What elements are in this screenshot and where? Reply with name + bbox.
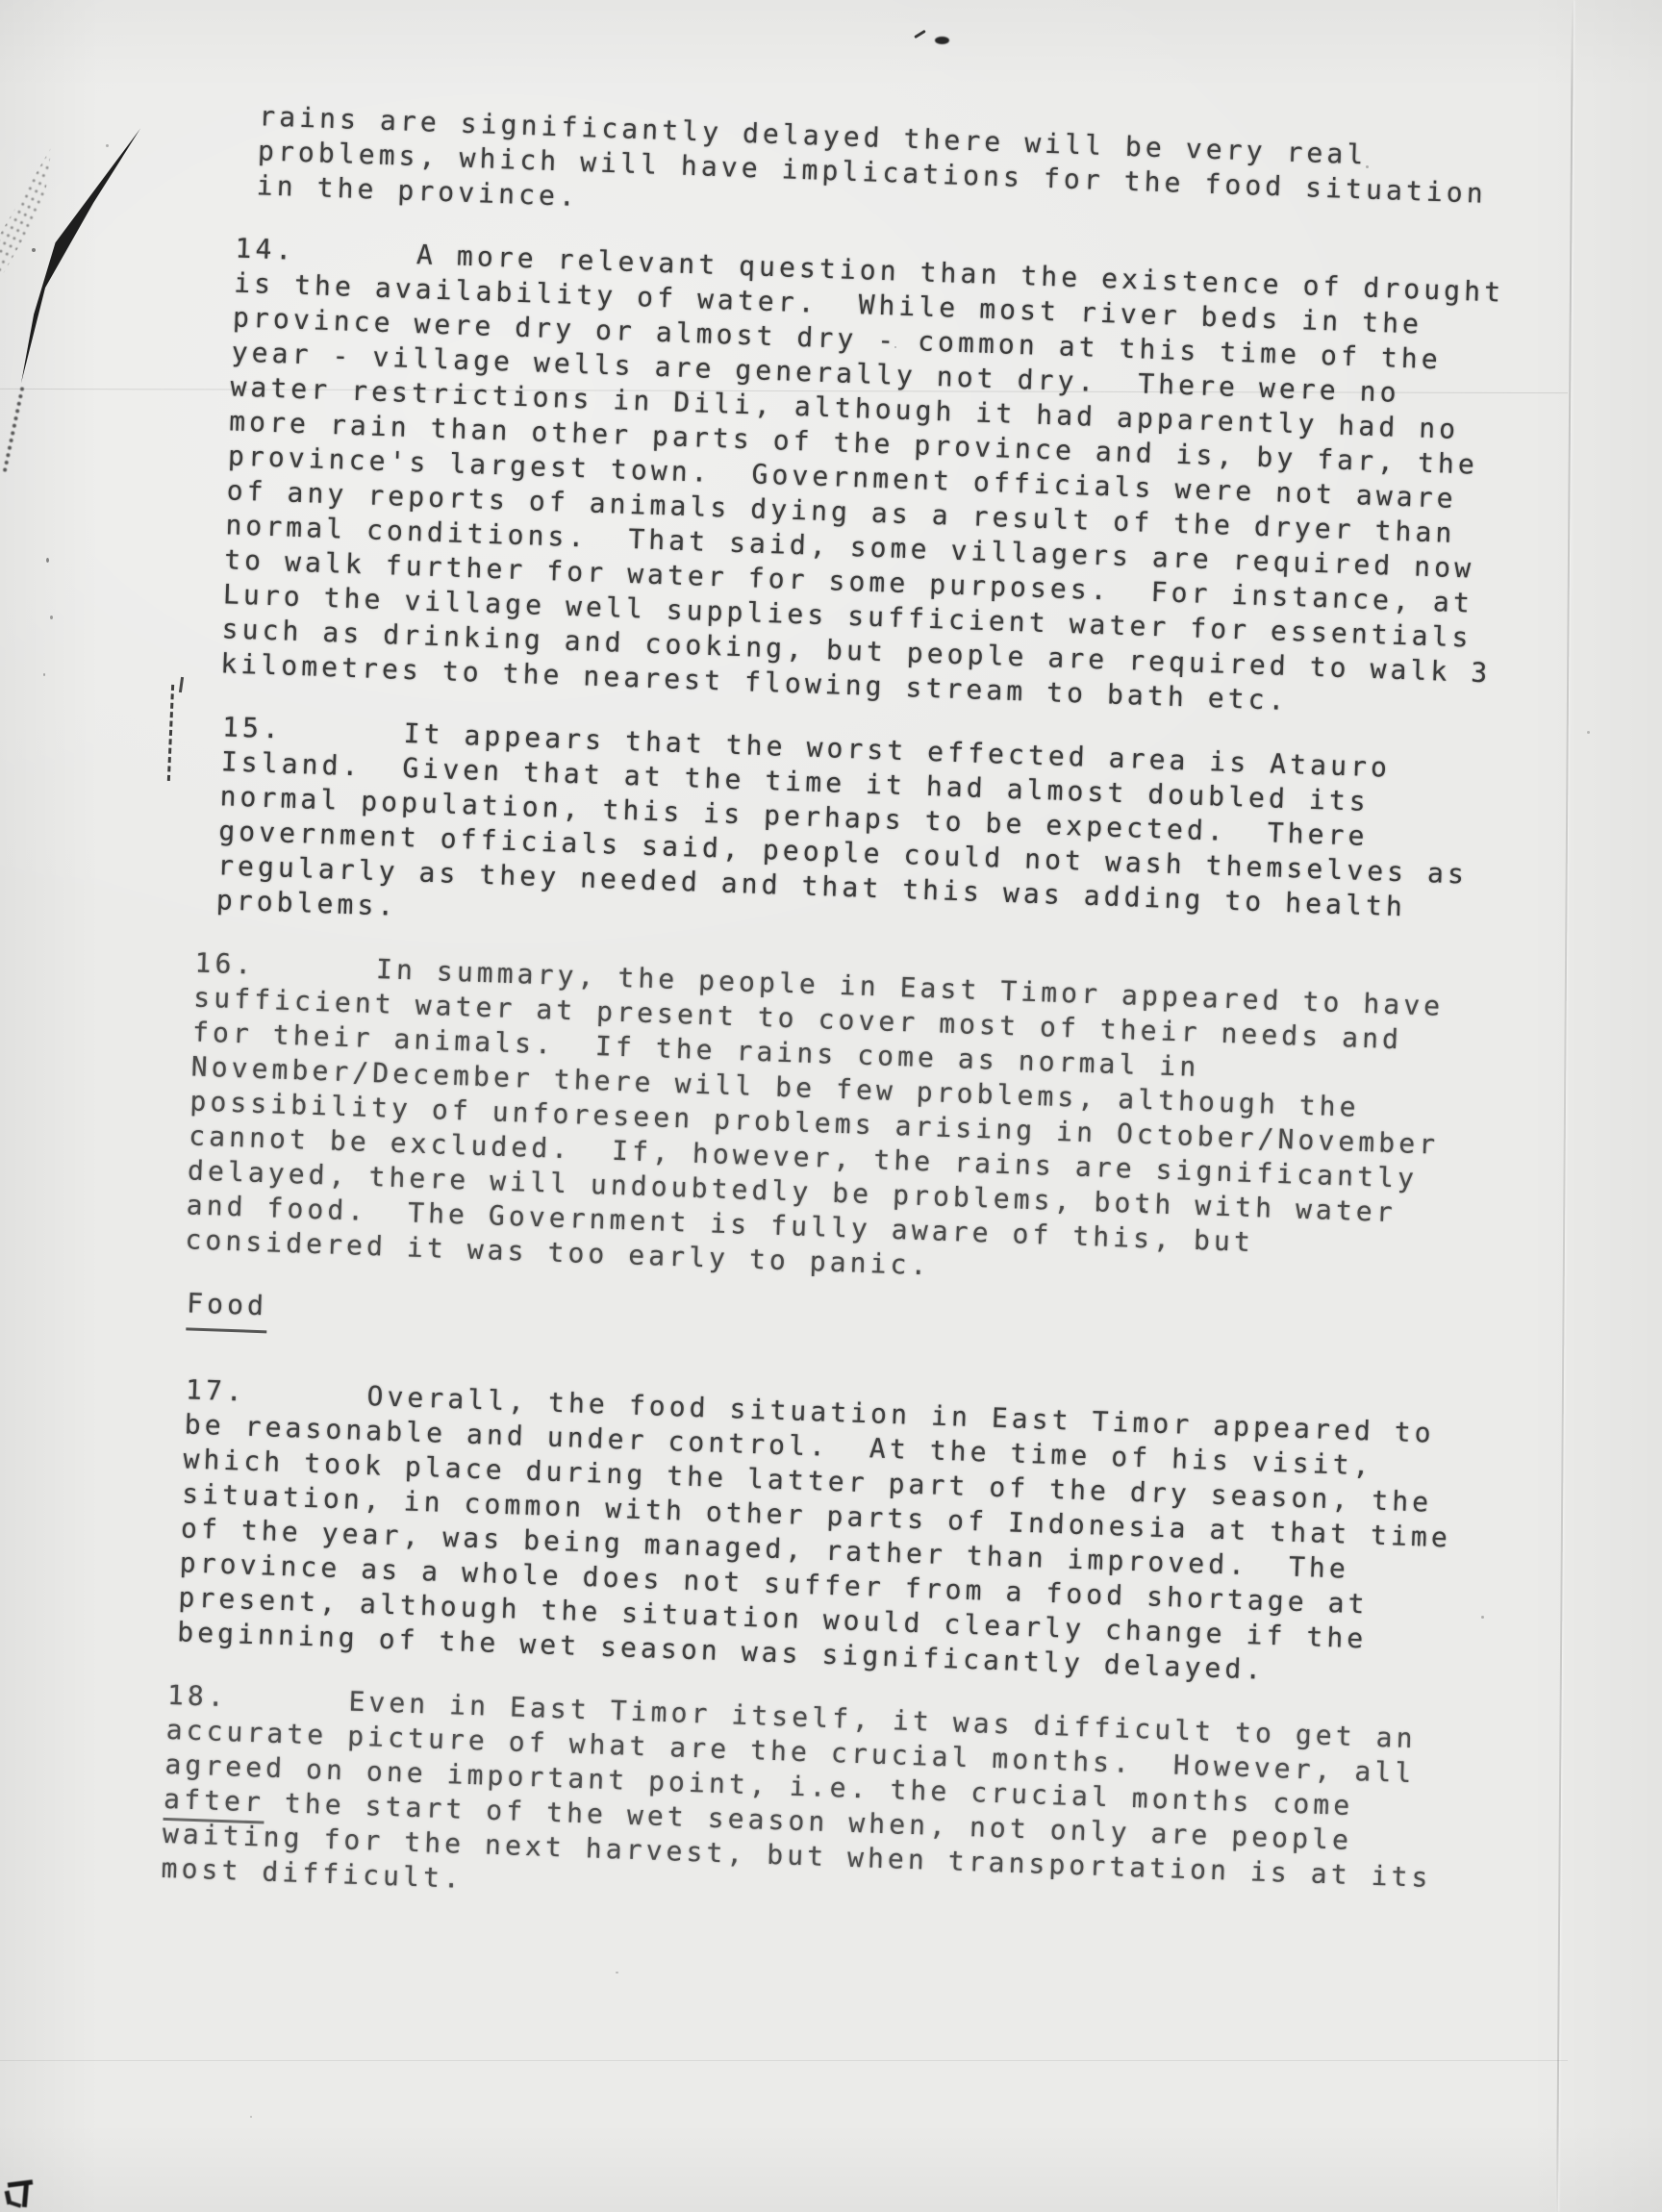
scanner-wedge-tail — [3, 387, 29, 473]
page-top-slash-mark — [914, 30, 926, 38]
paragraph-15: 15. It appears that the worst effected a… — [215, 710, 1596, 966]
paper-speck — [43, 673, 45, 676]
paragraph-continuation: rains are significantly delayed there wi… — [256, 99, 1617, 250]
stamp-stroke — [10, 2200, 22, 2208]
typed-text-block: rains are significantly delayed there wi… — [189, 99, 1617, 1963]
paper-speck — [50, 616, 53, 619]
paragraph-17: 17. Overall, the food situation in East … — [177, 1372, 1573, 1697]
handwritten-margin-tick — [167, 685, 177, 781]
ink-stamp-fragment — [6, 2179, 38, 2212]
paper-speck — [46, 558, 49, 563]
paragraph-14: 14. A more relevant question than the ex… — [220, 231, 1612, 729]
horizontal-crease-lower — [0, 2060, 1568, 2061]
stamp-stroke — [22, 2181, 29, 2207]
paragraph-16: 16. In summary, the people in East Timor… — [185, 945, 1587, 1305]
scanner-wedge-speckle — [0, 136, 67, 403]
section-heading-food: Food — [186, 1286, 267, 1333]
scanned-document-page: { "document": { "continuation_paragraph"… — [0, 0, 1662, 2212]
paper-speck — [616, 1972, 618, 1973]
handwritten-margin-tick-top — [179, 677, 184, 692]
page-top-dot-mark — [935, 37, 949, 44]
stamp-stroke — [8, 2179, 33, 2187]
paper-speck — [106, 144, 109, 147]
paper-speck — [32, 248, 36, 252]
paper-speck — [250, 2116, 252, 2118]
scanner-shadow-wedge-artifact — [17, 123, 144, 389]
paragraph-18: 18. Even in East Timor itself, it was di… — [161, 1678, 1562, 1934]
